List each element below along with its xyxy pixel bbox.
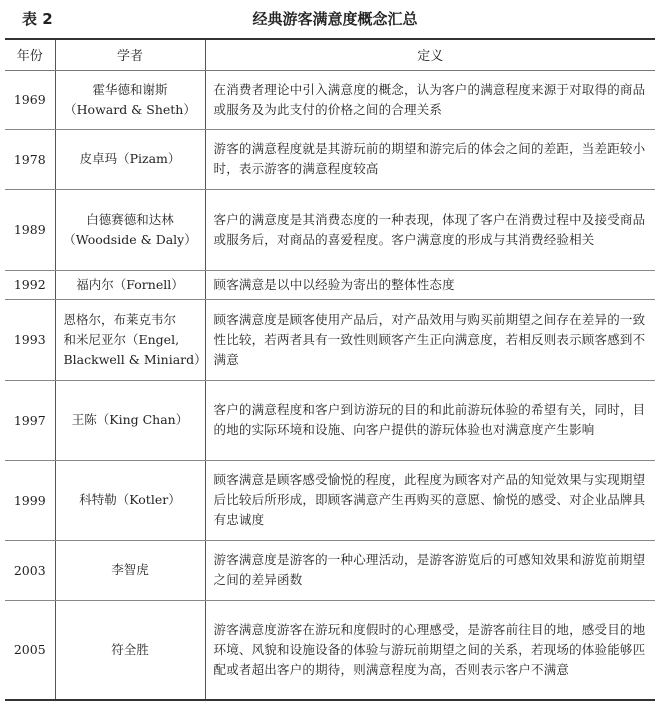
cell-year: 1997 <box>5 380 55 460</box>
cell-year: 1992 <box>5 270 55 299</box>
scholar-name: 和米尼亚尔（Engel, <box>64 330 201 350</box>
cell-scholar: 白德赛德和达林 （Woodside & Daly） <box>55 189 205 270</box>
table-row: 2005 符全胜 游客满意度游客在游玩和度假时的心理感受，是游客前往目的地，感受… <box>5 600 655 700</box>
table-row: 1999 科特勒（Kotler） 顾客满意是顾客感受愉悦的程度，此程度为顾客对产… <box>5 460 655 540</box>
table-row: 2003 李智虎 游客满意度是游客的一种心理活动，是游客游览后的可感知效果和游览… <box>5 540 655 600</box>
scholar-name: 李智虎 <box>60 560 201 580</box>
scholar-name: 符全胜 <box>60 640 201 660</box>
table-row: 1978 皮卓玛（Pizam） 游客的满意程度就是其游玩前的期望和游完后的体会之… <box>5 129 655 189</box>
cell-definition: 游客满意度游客在游玩和度假时的心理感受，是游客前往目的地，感受目的地环境、风貌和… <box>205 600 655 700</box>
scholar-name: 皮卓玛（Pizam） <box>60 149 201 169</box>
cell-definition: 顾客满意是以中以经验为寄出的整体性态度 <box>205 270 655 299</box>
scholar-name: 王陈（King Chan） <box>60 410 201 430</box>
cell-definition: 顾客满意是顾客感受愉悦的程度，此程度为顾客对产品的知觉效果与实现期望后比较后所形… <box>205 460 655 540</box>
cell-definition: 游客满意度是游客的一种心理活动，是游客游览后的可感知效果和游览前期望之间的差异函… <box>205 540 655 600</box>
table-row: 1997 王陈（King Chan） 客户的满意程度和客户到访游玩的目的和此前游… <box>5 380 655 460</box>
table-row: 1969 霍华德和谢斯 （Howard & Sheth） 在消费者理论中引入满意… <box>5 70 655 129</box>
table-caption: 表 2 经典游客满意度概念汇总 <box>0 0 660 36</box>
cell-year: 2005 <box>5 600 55 700</box>
cell-year: 1999 <box>5 460 55 540</box>
cell-year: 1993 <box>5 299 55 380</box>
header-scholar: 学者 <box>55 39 205 70</box>
table-header-row: 年份 学者 定义 <box>5 39 655 70</box>
cell-definition: 客户的满意程度和客户到访游玩的目的和此前游玩体验的希望有关，同时，目的地的实际环… <box>205 380 655 460</box>
cell-year: 1989 <box>5 189 55 270</box>
scholar-name-en: （Howard & Sheth） <box>60 100 201 120</box>
scholar-name: 福内尔（Fornell） <box>60 275 201 295</box>
cell-year: 1978 <box>5 129 55 189</box>
cell-year: 2003 <box>5 540 55 600</box>
cell-scholar: 王陈（King Chan） <box>55 380 205 460</box>
cell-scholar: 恩格尔，布莱克韦尔 和米尼亚尔（Engel, Blackwell & Minia… <box>55 299 205 380</box>
cell-definition: 游客的满意程度就是其游玩前的期望和游完后的体会之间的差距，当差距较小时，表示游客… <box>205 129 655 189</box>
cell-year: 1969 <box>5 70 55 129</box>
table-title: 经典游客满意度概念汇总 <box>0 8 660 29</box>
cell-definition: 顾客满意度是顾客使用产品后，对产品效用与购买前期望之间存在差异的一致性比较，若两… <box>205 299 655 380</box>
table-row: 1993 恩格尔，布莱克韦尔 和米尼亚尔（Engel, Blackwell & … <box>5 299 655 380</box>
scholar-name: 恩格尔，布莱克韦尔 <box>64 310 201 330</box>
scholar-name-en: Blackwell & Miniard） <box>64 350 201 370</box>
header-definition: 定义 <box>205 39 655 70</box>
cell-definition: 在消费者理论中引入满意度的概念，认为客户的满意程度来源于对取得的商品或服务及为此… <box>205 70 655 129</box>
table-row: 1992 福内尔（Fornell） 顾客满意是以中以经验为寄出的整体性态度 <box>5 270 655 299</box>
cell-scholar: 李智虎 <box>55 540 205 600</box>
satisfaction-concepts-table: 年份 学者 定义 1969 霍华德和谢斯 （Howard & Sheth） 在消… <box>5 38 655 701</box>
cell-scholar: 符全胜 <box>55 600 205 700</box>
cell-scholar: 科特勒（Kotler） <box>55 460 205 540</box>
header-year: 年份 <box>5 39 55 70</box>
scholar-name: 科特勒（Kotler） <box>60 490 201 510</box>
cell-scholar: 霍华德和谢斯 （Howard & Sheth） <box>55 70 205 129</box>
cell-definition: 客户的满意度是其消费态度的一种表现，体现了客户在消费过程中及接受商品或服务后，对… <box>205 189 655 270</box>
scholar-name: 白德赛德和达林 <box>60 210 201 230</box>
table-row: 1989 白德赛德和达林 （Woodside & Daly） 客户的满意度是其消… <box>5 189 655 270</box>
cell-scholar: 皮卓玛（Pizam） <box>55 129 205 189</box>
scholar-name: 霍华德和谢斯 <box>60 80 201 100</box>
cell-scholar: 福内尔（Fornell） <box>55 270 205 299</box>
scholar-name-en: （Woodside & Daly） <box>60 230 201 250</box>
